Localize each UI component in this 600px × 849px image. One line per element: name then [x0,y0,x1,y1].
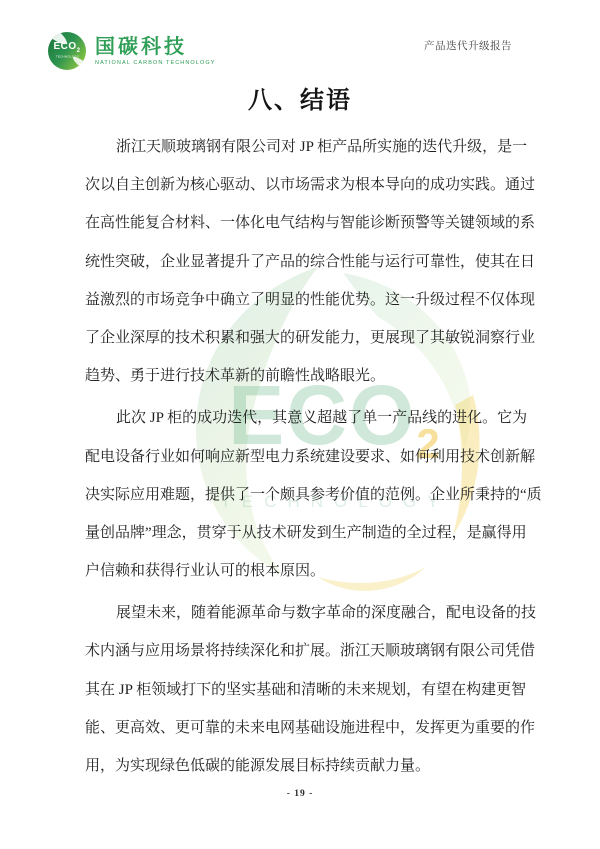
body-line: 此次 JP 柜的成功迭代，其意义超越了单一产品线的进化。它为 [85,399,513,437]
body-line: 其在 JP 柜领域打下的坚实基础和清晰的未来规划，有望在构建更智 [85,671,513,709]
body-line: 决实际应用难题，提供了一个颇具参考价值的范例。企业所秉持的“质 [85,476,513,514]
company-logo: ECO2 TECHNOLOGY 国碳科技 NATIONAL CARBON TEC… [48,32,216,70]
body-line: 展望未来，随着能源革命与数字革命的深度融合，配电设备的技 [85,594,513,632]
body-line: 在高性能复合材料、一体化电气结构与智能诊断预警等关键领域的系 [85,204,513,242]
body-line: 量创品牌”理念，贯穿于从技术研发到生产制造的全过程，是赢得用 [85,514,513,552]
company-name: 国碳科技 [95,36,216,58]
body-line: 户信赖和获得行业认可的根本原因。 [85,552,513,590]
report-type-label: 产品迭代升级报告 [424,38,512,53]
body-line: 益激烈的市场竞争中确立了明显的性能优势。这一升级过程不仅体现 [85,281,513,319]
body-line: 浙江天顺玻璃钢有限公司对 JP 柜产品所实施的迭代升级，是一 [85,128,513,166]
body-line: 次以自主创新为核心驱动、以市场需求为根本导向的成功实践。通过 [85,166,513,204]
body-line: 统性突破，企业显著提升了产品的综合性能与运行可靠性，使其在日 [85,243,513,281]
section-title: 八、结语 [0,80,600,115]
body-line: 能、更高效、更可靠的未来电网基础设施进程中，发挥更为重要的作 [85,709,513,747]
page-number: - 19 - [0,789,600,799]
paragraph-1: 浙江天顺玻璃钢有限公司对 JP 柜产品所实施的迭代升级，是一 次以自主创新为核心… [85,128,513,395]
paragraph-2: 此次 JP 柜的成功迭代，其意义超越了单一产品线的进化。它为 配电设备行业如何响… [85,399,513,590]
body-line: 趋势、勇于进行技术革新的前瞻性战略眼光。 [85,357,513,395]
company-name-en: NATIONAL CARBON TECHNOLOGY [95,60,216,66]
body-line: 用，为实现绿色低碳的能源发展目标持续贡献力量。 [85,747,513,785]
logo-mark-caption: TECHNOLOGY [55,56,79,59]
body-line: 术内涵与应用场景将持续深化和扩展。浙江天顺玻璃钢有限公司凭借 [85,632,513,670]
body-text: 浙江天顺玻璃钢有限公司对 JP 柜产品所实施的迭代升级，是一 次以自主创新为核心… [85,128,513,785]
logo-mark-text: ECO2 TECHNOLOGY [48,32,86,70]
eco-leaf-circle-icon: ECO2 TECHNOLOGY [48,32,86,70]
body-line: 了企业深厚的技术积累和强大的研发能力，更展现了其敏锐洞察行业 [85,319,513,357]
paragraph-3: 展望未来，随着能源革命与数字革命的深度融合，配电设备的技 术内涵与应用场景将持续… [85,594,513,785]
report-page: ECO2 TECHNOLOGY ECO2 TECHNOLOGY 国碳科技 NAT… [0,0,600,849]
body-line: 配电设备行业如何响应新型电力系统建设要求、如何利用技术创新解 [85,438,513,476]
